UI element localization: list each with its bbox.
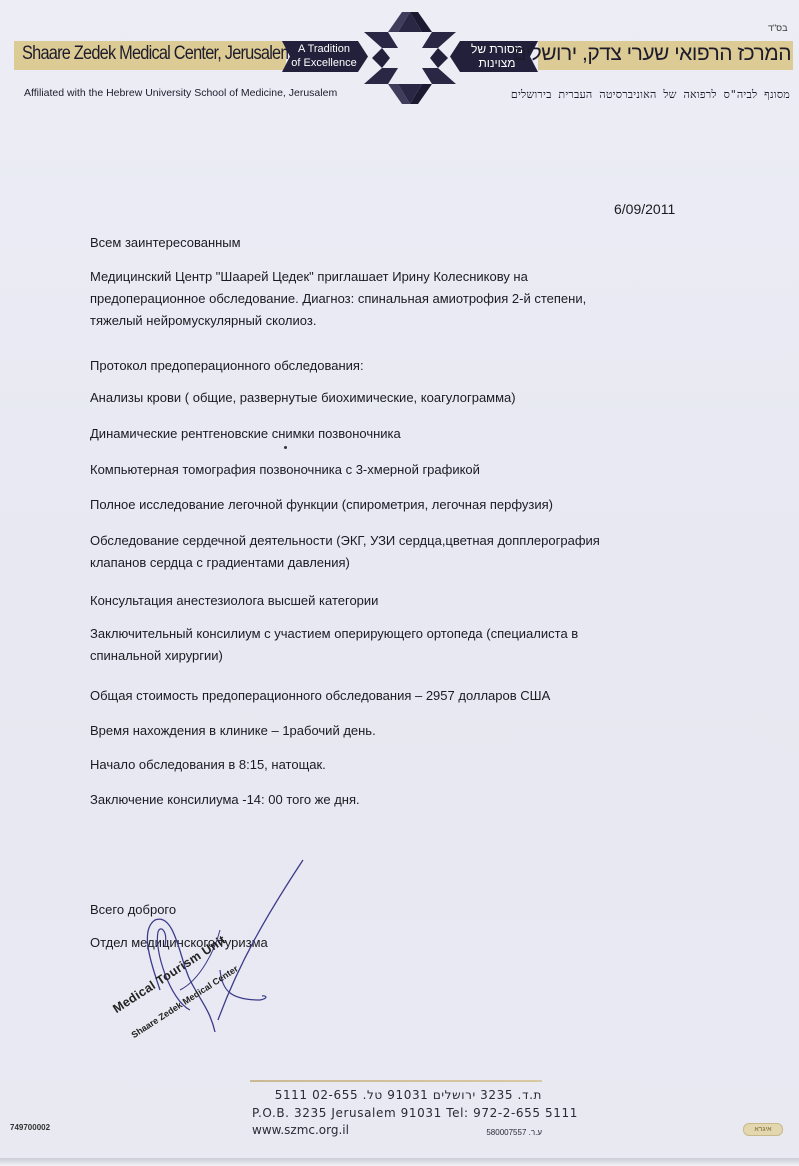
protocol-item: Консультация анестезиолога высшей катего… (90, 590, 710, 612)
protocol-item: Обследование сердечной деятельности (ЭКГ… (90, 530, 710, 574)
protocol-item: Анализы крови ( общие, развернутые биохи… (90, 387, 710, 409)
affiliation-en: Affiliated with the Hebrew University Sc… (24, 87, 337, 99)
star-of-david-icon (358, 10, 462, 106)
protocol-item: Полное исследование легочной функции (сп… (90, 494, 710, 516)
scan-speck (284, 446, 287, 449)
footer-address-en: P.O.B. 3235 Jerusalem 91031 Tel: 972-2-6… (252, 1106, 578, 1120)
protocol-item: Компьютерная томография позвоночника с 3… (90, 459, 710, 481)
exam-start: Начало обследования в 8:15, натощак. (90, 754, 710, 776)
tagline-en-line1: A Tradition (286, 42, 362, 56)
protocol-item: Динамические рентгеновские снимки позвон… (90, 423, 710, 445)
org-name-en: Shaare Zedek Medical Center, Jerusalem (22, 43, 293, 65)
page-edge (0, 1158, 799, 1166)
protocol-item: Заключительный консилиум с участием опер… (90, 623, 710, 667)
council-conclusion: Заключение консилиума -14: 00 того же дн… (90, 789, 710, 811)
document-number: 749700002 (10, 1123, 50, 1132)
total-cost: Общая стоимость предоперационного обслед… (90, 685, 710, 707)
protocol-heading: Протокол предоперационного обследования: (90, 355, 710, 377)
letter-date: 6/09/2011 (614, 201, 675, 217)
intro-line: предоперационное обследование. Диагноз: … (90, 288, 710, 310)
protocol-item-line: спинальной хирургии) (90, 645, 710, 667)
protocol-item-line: Обследование сердечной деятельности (ЭКГ… (90, 530, 710, 552)
protocol-item-line: клапанов сердца с градиентами давления) (90, 552, 710, 574)
clinic-stay: Время нахождения в клинике – 1рабочий де… (90, 720, 710, 742)
bks-mark: בס"ד (768, 23, 787, 33)
footer-reg-number: ע.ר. 580007557 (486, 1128, 542, 1137)
printer-badge: איגרא (743, 1123, 783, 1136)
footer-website[interactable]: www.szmc.org.il (252, 1123, 349, 1137)
tagline-en: A Tradition of Excellence (286, 42, 362, 70)
intro-line: тяжелый нейромускулярный сколиоз. (90, 310, 710, 332)
protocol-item-line: Заключительный консилиум с участием опер… (90, 623, 710, 645)
footer-address-he: ת.ד. 3235 ירושלים 91031 טל. 02-655 5111 (275, 1088, 542, 1102)
footer-rule (250, 1080, 542, 1082)
org-name-he: המרכז הרפואי שערי צדק, ירושלים (512, 42, 791, 66)
intro-paragraph: Медицинский Центр "Шаарей Цедек" приглаш… (90, 266, 710, 332)
salutation: Всем заинтересованным (90, 232, 710, 254)
intro-line: Медицинский Центр "Шаарей Цедек" приглаш… (90, 266, 710, 288)
tagline-en-line2: of Excellence (286, 56, 362, 70)
affiliation-he: מסונף לביה"ס לרפואה של האוניברסיטה העברי… (511, 88, 790, 101)
